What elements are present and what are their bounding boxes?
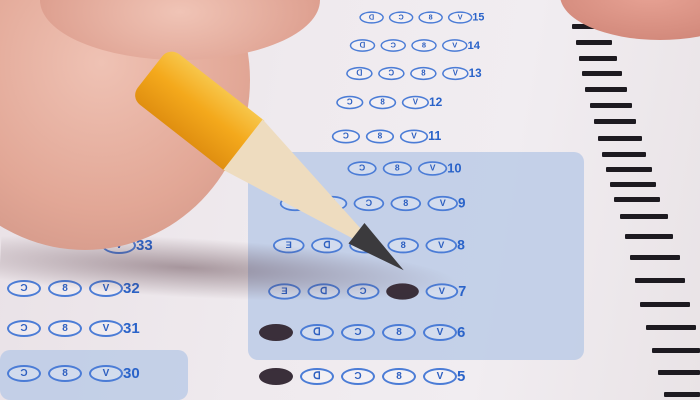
question-row: 13 V8Ɔᗡ [341, 67, 492, 80]
hand-finger-right [560, 0, 700, 40]
question-row: 14 V8Ɔᗡ [345, 39, 491, 52]
answer-bubble[interactable]: Ɔ [341, 368, 375, 385]
question-number: 6 [457, 324, 487, 341]
answer-bubble[interactable]: V [423, 324, 457, 341]
question-row: 11 V8Ɔ [326, 129, 453, 143]
question-row: 5 V8ƆᗡƎ [252, 368, 487, 385]
answer-bubble[interactable]: ᗡ [350, 39, 376, 52]
answer-bubble[interactable]: V [442, 39, 468, 52]
question-row: 31 V8Ɔ [0, 320, 153, 337]
answer-bubble[interactable]: V [448, 11, 472, 23]
answer-bubble[interactable]: 8 [418, 11, 442, 23]
question-row: 30 V8Ɔ [0, 365, 153, 382]
answer-bubble[interactable]: 8 [369, 96, 396, 110]
answer-bubble[interactable]: 8 [391, 196, 422, 211]
answer-bubble[interactable]: 8 [410, 67, 437, 80]
question-number: 7 [458, 283, 487, 299]
answer-bubble[interactable]: 8 [383, 161, 412, 176]
answer-bubble[interactable]: Ɔ [347, 161, 376, 176]
answer-bubble[interactable]: V [400, 129, 428, 143]
question-number: 5 [457, 368, 487, 385]
question-row: 6 V8ƆᗡƎ [252, 324, 487, 341]
answer-bubble[interactable]: Ɔ [381, 39, 407, 52]
answer-bubble[interactable]: V [418, 161, 447, 176]
answer-bubble[interactable]: V [89, 365, 123, 382]
question-number: 8 [457, 238, 485, 254]
answer-bubble[interactable]: 8 [48, 365, 82, 382]
answer-bubble[interactable]: ᗡ [359, 11, 383, 23]
answer-bubble[interactable]: Ɔ [341, 324, 375, 341]
answer-bubble[interactable]: 8 [411, 39, 437, 52]
answer-bubble[interactable]: V [423, 368, 457, 385]
answer-bubble[interactable]: ᗡ [300, 324, 334, 341]
answer-bubble-filled[interactable]: Ǝ [259, 324, 293, 341]
answer-bubble[interactable]: Ɔ [378, 67, 405, 80]
answer-bubble[interactable]: 8 [382, 368, 416, 385]
question-number: 11 [428, 129, 453, 143]
answer-bubble[interactable]: Ɔ [7, 320, 41, 337]
question-number: 30 [123, 365, 153, 382]
answer-bubble[interactable]: V [402, 96, 429, 110]
answer-bubble[interactable]: ᗡ [300, 368, 334, 385]
answer-bubble[interactable]: ᗡ [346, 67, 373, 80]
question-row: 10 V8Ɔ [341, 161, 473, 176]
answer-bubble-filled[interactable]: Ǝ [259, 368, 293, 385]
question-number: 15 [472, 11, 494, 23]
question-number: 9 [458, 196, 485, 211]
question-number: 10 [447, 161, 473, 176]
question-row: 15 V8Ɔᗡ [354, 11, 494, 23]
question-number: 12 [429, 96, 453, 110]
question-number: 14 [468, 39, 491, 52]
answer-bubble[interactable]: Ɔ [336, 96, 363, 110]
answer-bubble[interactable]: 8 [48, 320, 82, 337]
question-number: 13 [469, 67, 492, 80]
question-row: 12 V8Ɔ [331, 96, 453, 110]
answer-bubble[interactable]: V [89, 320, 123, 337]
answer-bubble[interactable]: V [442, 67, 469, 80]
question-number: 31 [123, 320, 153, 337]
answer-bubble[interactable]: 8 [382, 324, 416, 341]
answer-bubble[interactable]: 8 [366, 129, 394, 143]
answer-bubble[interactable]: V [427, 196, 458, 211]
answer-bubble[interactable]: Ɔ [332, 129, 360, 143]
photo-scene: 15 V8Ɔᗡ 14 V8Ɔᗡ 13 V8Ɔᗡ 12 V8Ɔ 11 V8Ɔ 10… [0, 0, 700, 400]
answer-bubble[interactable]: Ɔ [7, 365, 41, 382]
answer-bubble[interactable]: Ɔ [389, 11, 413, 23]
